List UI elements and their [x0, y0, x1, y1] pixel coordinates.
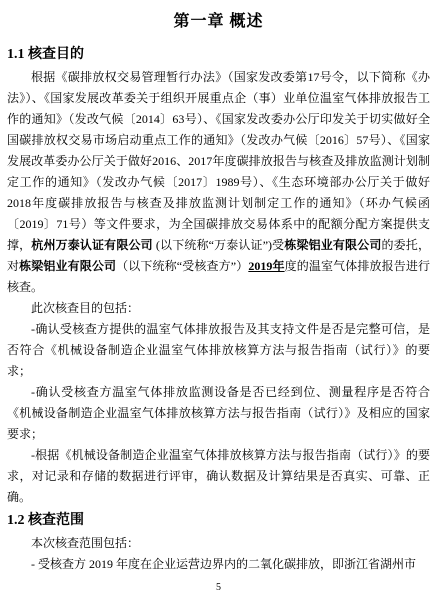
text-segment: 根据《碳排放权交易管理暂行办法》（国家发改委第17号令，以下简称《办法》）、《国…: [7, 70, 430, 252]
text-segment: -确认受核查方温室气体排放监测设备是否已经到位、测量程序是否符合《机械设备制造企…: [7, 385, 430, 441]
text-segment: 此次核查目的包括：: [31, 301, 139, 315]
section-heading: 1.2 核查范围: [7, 511, 430, 531]
chapter-title: 第一章 概述: [7, 8, 430, 31]
document-body: 1.1 核查目的根据《碳排放权交易管理暂行办法》（国家发改委第17号令，以下简称…: [7, 45, 430, 575]
text-segment: （以下统称“受核查方”）: [116, 259, 248, 273]
paragraph: 根据《碳排放权交易管理暂行办法》（国家发改委第17号令，以下简称《办法》）、《国…: [7, 67, 430, 298]
emphasized-text: 栋梁铝业有限公司: [284, 238, 381, 252]
document-page: 第一章 概述 1.1 核查目的根据《碳排放权交易管理暂行办法》（国家发改委第17…: [0, 0, 437, 600]
text-segment: -根据《机械设备制造企业温室气体排放核算方法与报告指南（试行）》的要求，对记录和…: [7, 448, 430, 504]
page-number: 5: [0, 582, 437, 593]
text-segment: (以下统称“万泰认证”)受: [153, 238, 285, 252]
paragraph: 本次核查范围包括：: [7, 533, 430, 554]
text-segment: -确认受核查方提供的温室气体排放报告及其支持文件是否是完整可信，是否符合《机械设…: [7, 322, 430, 378]
paragraph: 此次核查目的包括：: [7, 298, 430, 319]
paragraph: -确认受核查方温室气体排放监测设备是否已经到位、测量程序是否符合《机械设备制造企…: [7, 382, 430, 445]
emphasized-text: 杭州万泰认证有限公司: [31, 238, 152, 252]
paragraph: -确认受核查方提供的温室气体排放报告及其支持文件是否是完整可信，是否符合《机械设…: [7, 319, 430, 382]
section-heading: 1.1 核查目的: [7, 45, 430, 65]
emphasized-text: 栋梁铝业有限公司: [19, 259, 116, 273]
text-segment: - 受核查方 2019 年度在企业运营边界内的二氧化碳排放，即浙江省湖州市: [31, 557, 416, 571]
paragraph: -根据《机械设备制造企业温室气体排放核算方法与报告指南（试行）》的要求，对记录和…: [7, 445, 430, 508]
emphasized-text: 2019年: [248, 259, 284, 273]
text-segment: 本次核查范围包括：: [31, 536, 139, 550]
paragraph: - 受核查方 2019 年度在企业运营边界内的二氧化碳排放，即浙江省湖州市: [7, 554, 430, 575]
